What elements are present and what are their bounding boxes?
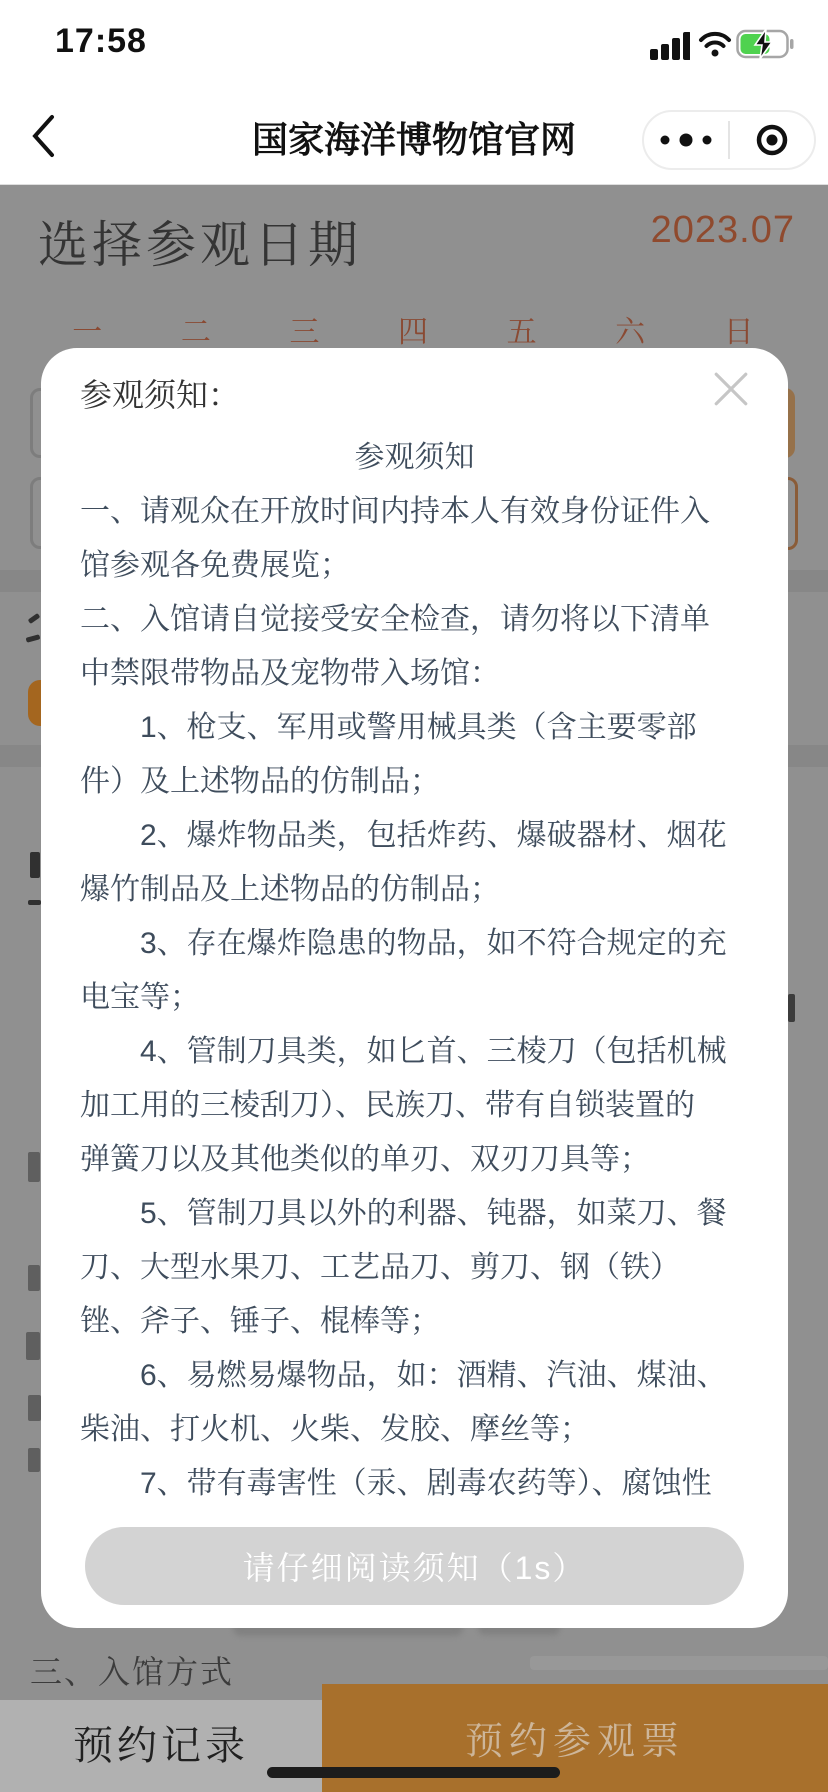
bg-text-fragment (530, 1656, 828, 1670)
bg-text-fragment (28, 900, 41, 905)
bg-text-fragment (28, 1152, 40, 1182)
visitor-notice-modal: 参观须知： 参观须知 一、请观众在开放时间内持本人有效身份证件入 馆参观各免费展… (41, 348, 788, 1628)
bg-text-fragment (26, 634, 41, 642)
read-notice-countdown-button[interactable]: 请仔细阅读须知（1s） (85, 1527, 744, 1605)
screen: 17:58 国家海洋博物馆官网 (0, 0, 828, 1792)
wifi-icon (698, 30, 732, 57)
bg-text-fragment (26, 1332, 40, 1360)
exit-miniprogram-button[interactable] (730, 112, 814, 168)
calendar-month: 2023.07 (651, 209, 795, 252)
weekday-label: 日 (684, 307, 793, 351)
page-heading: 选择参观日期 (38, 205, 362, 277)
cellular-signal-icon (650, 30, 690, 60)
status-time: 17:58 (55, 22, 147, 61)
battery-charging-icon (736, 29, 794, 59)
bg-text-fragment (28, 613, 41, 624)
bg-text-fragment (28, 1448, 40, 1472)
weekday-label: 一 (33, 307, 142, 351)
weekday-row: 一 二 三 四 五 六 日 (33, 307, 793, 351)
notice-title: 参观须知 (41, 431, 788, 485)
close-icon[interactable] (712, 370, 750, 408)
weekday-label: 四 (359, 307, 468, 351)
tab-booking-records[interactable]: 预约记录 (0, 1700, 322, 1792)
tab-booking-records-label: 预约记录 (73, 1714, 249, 1771)
home-indicator[interactable] (267, 1767, 560, 1778)
modal-header-label: 参观须知： (80, 370, 240, 416)
more-dots-icon (656, 132, 716, 148)
notice-body-text: 一、请观众在开放时间内持本人有效身份证件入 馆参观各免费展览； 二、入馆请自觉接… (80, 485, 749, 1511)
bg-text-fragment (28, 1265, 40, 1291)
weekday-label: 五 (467, 307, 576, 351)
weekday-label: 三 (250, 307, 359, 351)
nav-bar: 国家海洋博物馆官网 (0, 90, 828, 185)
weekday-label: 二 (142, 307, 251, 351)
bg-text-fragment (30, 852, 40, 878)
status-bar: 17:58 (0, 0, 828, 90)
more-menu-button[interactable] (644, 112, 728, 168)
miniprogram-capsule (642, 110, 816, 170)
tab-book-ticket-label: 预约参观票 (465, 1710, 685, 1765)
bg-text-fragment (28, 1395, 41, 1421)
bg-text-fragment (788, 994, 795, 1022)
section-footer: 三、入馆方式 (30, 1647, 234, 1693)
target-circle-icon (752, 120, 792, 160)
weekday-label: 六 (576, 307, 685, 351)
